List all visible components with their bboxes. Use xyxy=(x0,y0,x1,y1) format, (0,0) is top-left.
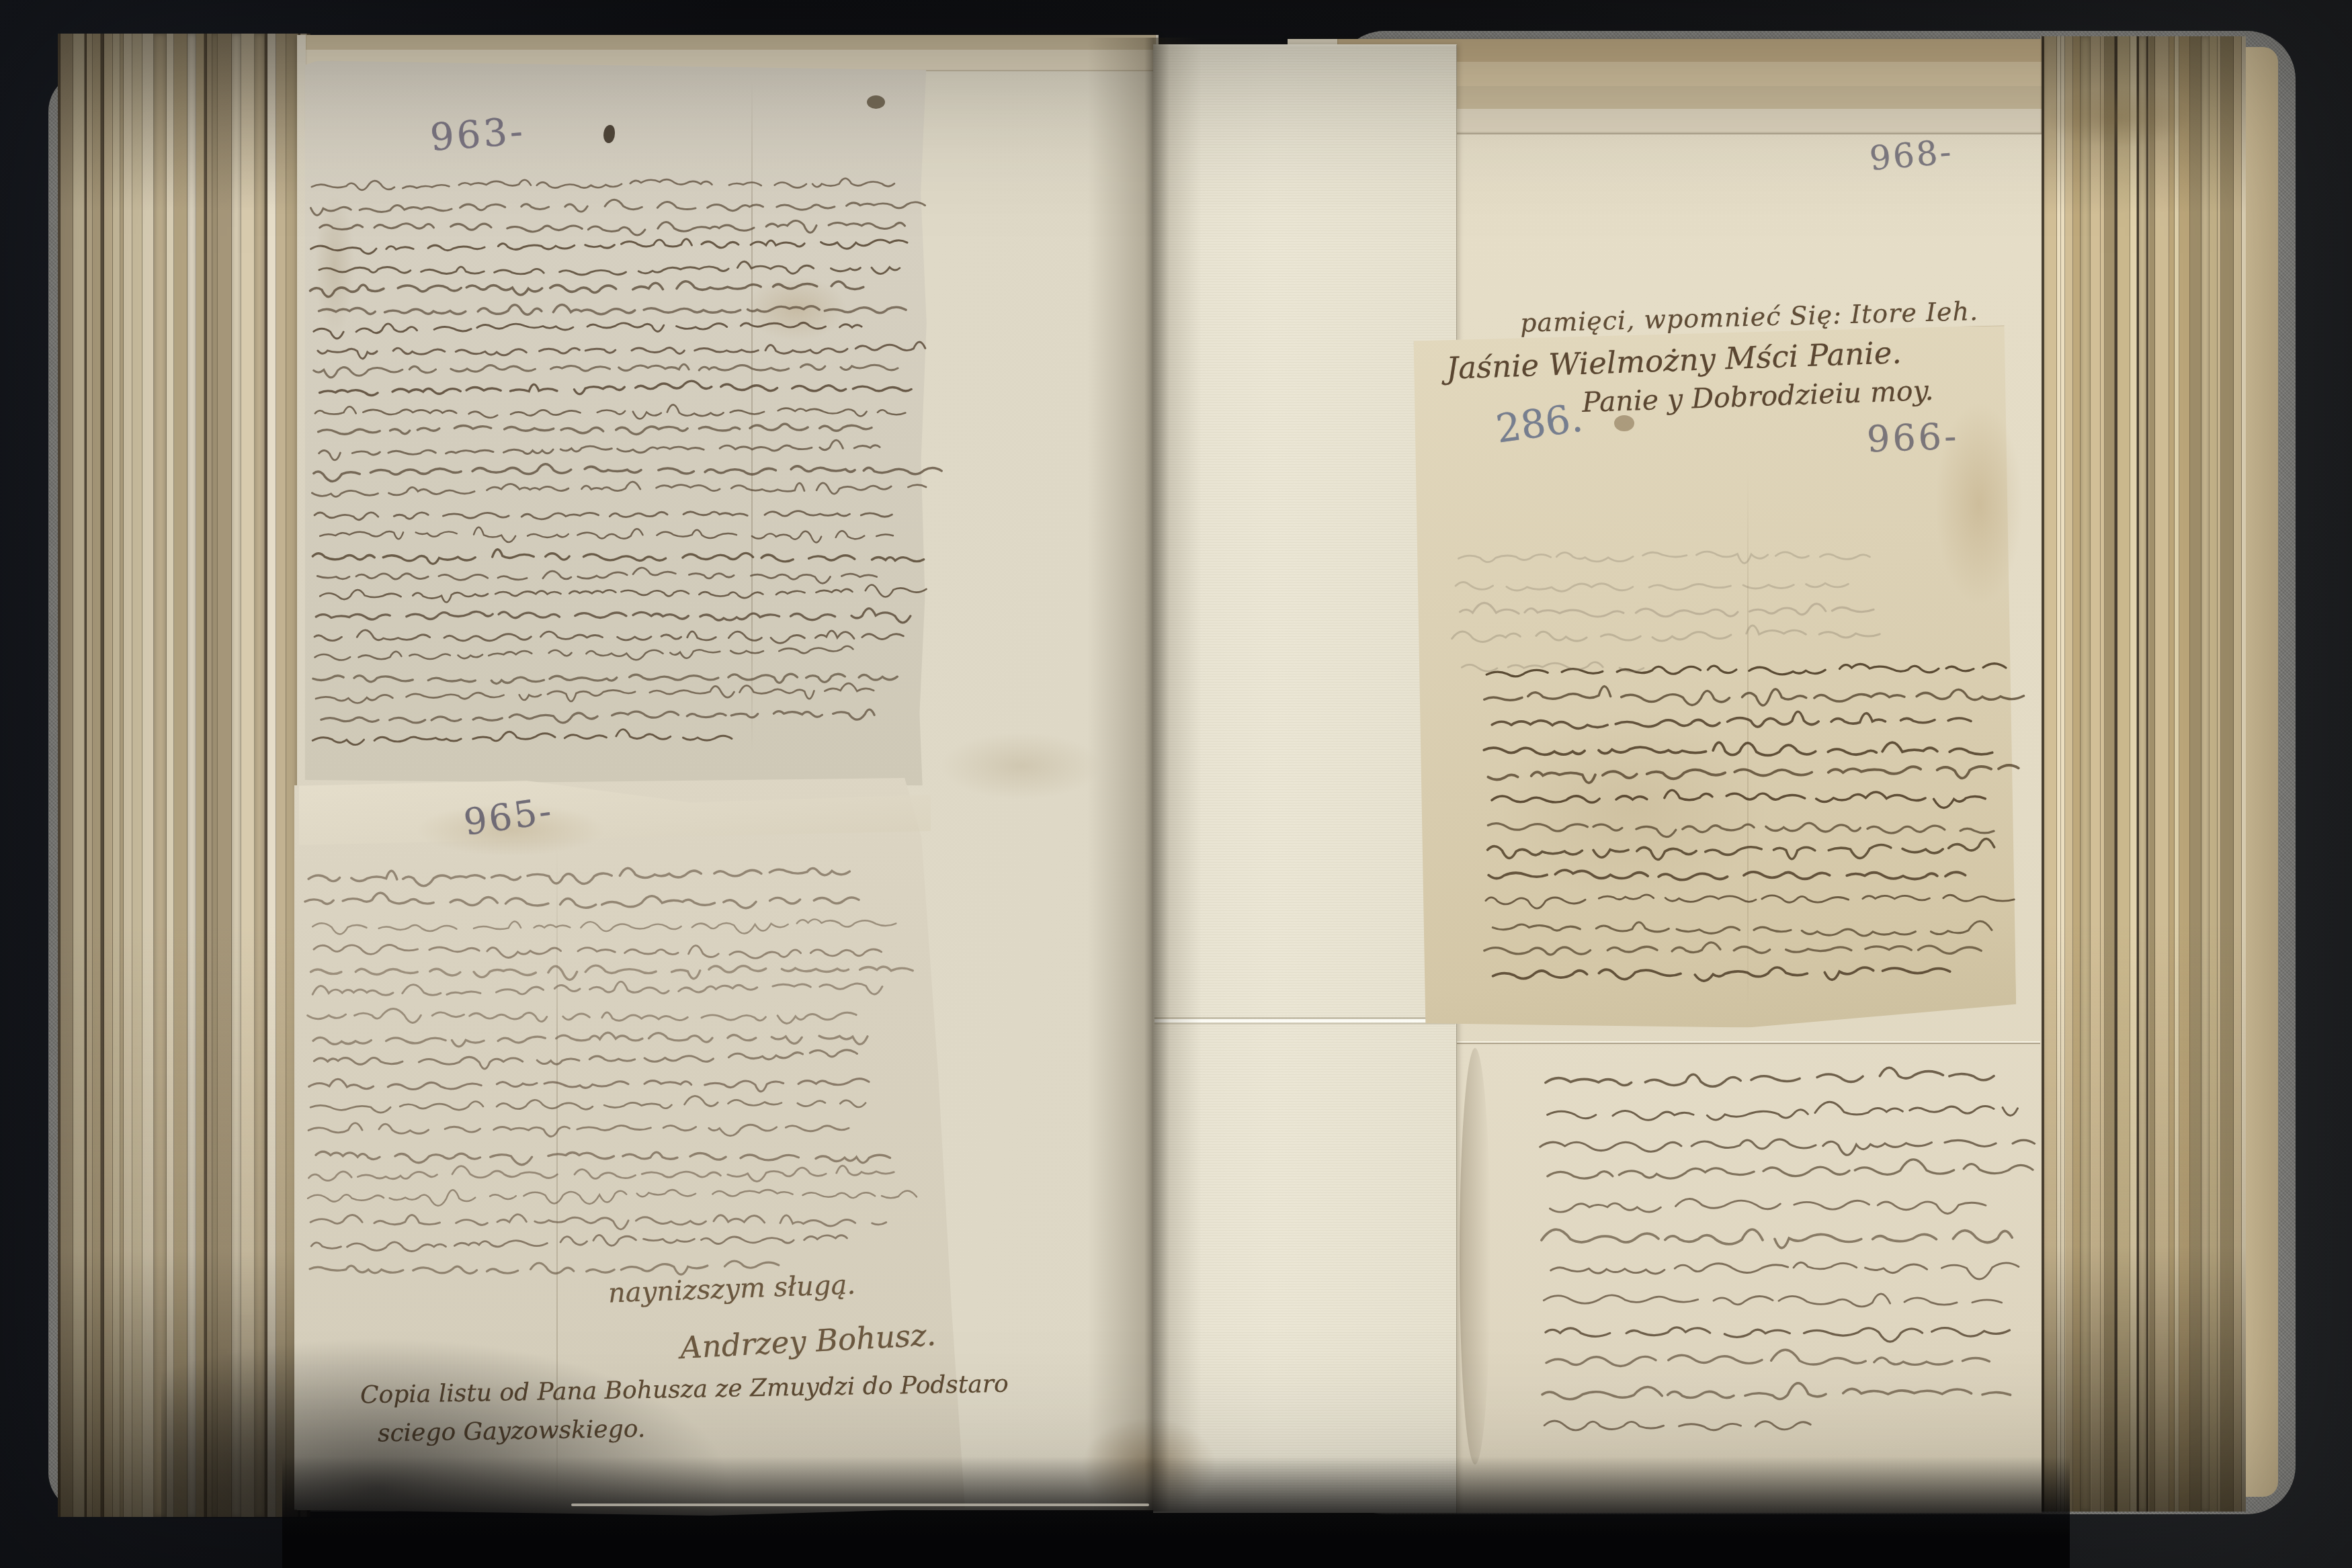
page-edge-strip xyxy=(2221,36,2234,1512)
page-edge-strip xyxy=(255,34,265,1517)
page-edge-strip xyxy=(142,34,154,1517)
page-edge-strip xyxy=(2169,36,2175,1512)
page-edge-strip xyxy=(73,34,85,1517)
handwriting-block-966 xyxy=(1482,657,2016,986)
page-edge-strip xyxy=(232,34,241,1517)
page-edge-strip xyxy=(276,34,286,1517)
page-edge-strip xyxy=(196,34,204,1517)
handwriting-block-965 xyxy=(304,863,905,1277)
page-edge-strip xyxy=(2190,36,2202,1512)
page-edge-strip xyxy=(154,34,167,1517)
handwriting-block-lower-leaf xyxy=(1540,1061,2039,1438)
page-edge-strip xyxy=(174,34,187,1517)
page-edge-strip xyxy=(207,34,212,1517)
page-edge-strip xyxy=(2061,36,2065,1512)
page-edge-strip xyxy=(2179,36,2190,1512)
page-edge-strip xyxy=(2234,36,2242,1512)
page-edge-strip xyxy=(2066,36,2074,1512)
page-edge-strip xyxy=(2091,36,2101,1512)
page-edge-strip xyxy=(187,34,196,1517)
page-edge-strip xyxy=(2155,36,2169,1512)
right-page-edges-stack xyxy=(2040,36,2246,1512)
page-edge-strip xyxy=(104,34,113,1517)
page-edge-strip xyxy=(2139,36,2146,1512)
page-edge-strip xyxy=(60,34,73,1517)
folio-number-966: 966- xyxy=(1866,415,1960,461)
page-edge-strip xyxy=(2117,36,2130,1512)
page-edge-strip xyxy=(2073,36,2081,1512)
page-edge-strip xyxy=(218,34,232,1517)
page-edge-strip xyxy=(93,34,101,1517)
handwriting-show-through xyxy=(1451,540,1868,677)
page-edge-strip xyxy=(2081,36,2091,1512)
page-edge-strip xyxy=(167,34,175,1517)
page-edge-strip xyxy=(2210,36,2218,1512)
page-edge-strip xyxy=(2149,36,2156,1512)
page-edge-strip xyxy=(212,34,218,1517)
page-edge-strip xyxy=(241,34,255,1517)
folio-number-968: 968- xyxy=(1868,132,1955,179)
caption-line-2: sciego Gayzowskiego. xyxy=(378,1415,646,1448)
page-edge-strip xyxy=(87,34,93,1517)
page-edge-strip xyxy=(2201,36,2210,1512)
manuscript-photo: 963- 965- 968- 966- 286. pamięci, wpomni… xyxy=(0,0,2352,1568)
page-edge-strip xyxy=(124,34,132,1517)
page-edge-strip xyxy=(2105,36,2115,1512)
folio-number-963: 963- xyxy=(429,110,527,160)
page-edge-strip xyxy=(267,34,277,1517)
page-edge-strip xyxy=(113,34,120,1517)
interleaf-tear xyxy=(1154,1017,1456,1025)
page-edge-strip xyxy=(2044,36,2057,1512)
interleaf-sheet xyxy=(1153,44,1457,1513)
handwriting-block-963 xyxy=(309,172,927,748)
page-edge-strip xyxy=(132,34,143,1517)
page-edge-strip xyxy=(2242,36,2246,1512)
left-page-edges-stack xyxy=(58,34,310,1517)
page-edge-strip xyxy=(2130,36,2137,1512)
